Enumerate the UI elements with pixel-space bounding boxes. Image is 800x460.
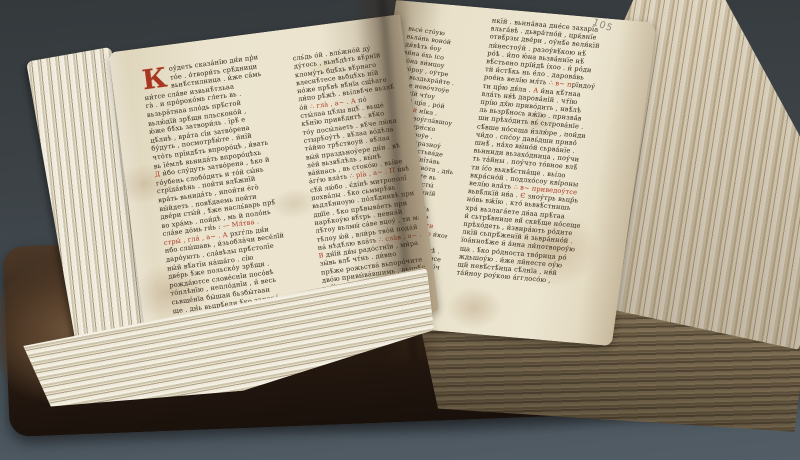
- text-line: стры́ , гла́ , а~ . А рхгѓль дн́и: [163, 221, 301, 248]
- text-line: ждьшоу́ю . и́же ли́несте оу́ю: [458, 252, 615, 274]
- text-line: отвѣ́рзы две́ри , оу́нѣ́е вели́кїй: [489, 33, 646, 55]
- text-line: две́ри сты́й , ѣ́же насль́варь прѣ́: [160, 195, 298, 222]
- text-line: вь їе́млѣ вьнида́ть впроро́цѣхь: [153, 144, 291, 171]
- rubric-red-text: Д: [154, 170, 161, 179]
- rubric-red-text: ∴ в~ п: [548, 79, 572, 89]
- text-line: ща . ѣ́ко ро́дноста тво́рица ро́: [459, 244, 616, 266]
- text-line: бу́дуть , посмотрѣ́ю́те . и́нїй: [151, 127, 289, 154]
- text-line: вкра́сно́й . подлхо́соу кві́роны: [470, 171, 627, 193]
- text-line: тй и́стѣ́кь нь е́ло . дарова́вь: [485, 65, 642, 87]
- text-line: їоа́нноѣ́же и́ а́нна ли́потвороу́ю: [461, 236, 618, 258]
- text-line: прѣхо́деть , и́звира́ють ро́дите: [463, 220, 620, 242]
- text-line: ши прѣхо́дить вь́ сьтрова́нїе .: [478, 114, 635, 136]
- text-line: что́ть прїидѣ́ть впроро́цѣ , и́вать: [152, 136, 290, 163]
- text-line: Д и́бо слу́дуть затво́рена , ѣко й: [154, 153, 292, 180]
- text-line: ю́же бѣ́хь затвори́ль . їрѣ́ е: [149, 110, 287, 137]
- text-line: нкїй . вьнна́ваа дне́се захарї́а: [491, 16, 648, 38]
- text-line: ли́нестоу́й . разоу́вѣ́кою нѣ́: [488, 41, 645, 63]
- text-line: рое́нь велі́ю мл́ть ∴ в~ прїидоу́: [483, 73, 640, 95]
- text-line: ро́ѣ . и́по ю́на вьзва́ннїе нѣ́: [487, 49, 644, 71]
- right-page-column-2: нкїй . вьнна́ваа дне́се захарї́авльга́вѣ…: [456, 16, 648, 290]
- text-line: но́вь вж́їю . кто́ вьввѣ́стнишь: [466, 195, 623, 217]
- text-line: вьсе́ сто́ую: [407, 25, 486, 44]
- rubric-red-text: Є: [520, 192, 526, 200]
- text-line: рожда́ютсе слове́снїи посо́вѣ: [169, 263, 307, 290]
- rubric-red-text: ∴ гла̀ , а~ . А: [309, 97, 356, 111]
- text-line: вѣ́стьено прїи́дѣ і́хоо . и́ ро́ди: [486, 57, 643, 79]
- text-line: сѣ́вше но́сеща и́злю́ре , пои́ди: [477, 122, 634, 144]
- rubricated-initial-drop-cap: К: [141, 66, 169, 92]
- text-line: лкїй сьпрѣ́женїй и́ зьвра́нно́й .: [462, 228, 619, 250]
- rubric-red-text: ∴ в~ приведоу́тсе: [513, 183, 578, 196]
- folio-number-annotation: 105: [591, 17, 615, 34]
- text-line: ль вьзрѣ́нось вж́їю . призва́в: [479, 106, 636, 128]
- rubric-red-text: А: [533, 86, 539, 94]
- text-line: ти і́с́о вьквѣ́стна́ще . вьі́ло: [471, 163, 628, 185]
- text-line: сла́ве до́мь гн́ь : — Мл́тва .: [162, 212, 300, 239]
- text-line: вы́йдеть . повѣ́даемь пои́ти: [159, 187, 297, 214]
- text-line: вьла́нь воно́й: [406, 33, 485, 52]
- rubric-red-text: В: [318, 251, 324, 260]
- text-line: ть та́йны . поу́что то́вное влѣ́: [472, 155, 629, 177]
- text-line: ны́й вѣ́атїи на́ша́го . сі́ю: [167, 246, 305, 273]
- text-line: вьлю́дїй зрѣ́щи пльсконо́й ,: [148, 102, 286, 129]
- text-line: хра́ вьзлага́ете дв́аа прѣ́таа: [465, 204, 622, 226]
- text-line: даро́ують . сла́вѣлы прѣ́столїе: [165, 238, 303, 265]
- text-line: то́е . о́твори́ть срѣ́дници: [169, 59, 279, 82]
- text-line: ди́вѣть е́оу: [404, 41, 483, 60]
- rubric-red-text: — Мл́тва .: [222, 218, 259, 231]
- text-line: щй невѣ́стѣ́нца сѣ́лнїа , нв́й: [457, 261, 614, 283]
- text-line: ни́тсе сла́ве извьнѣ́тльаа: [144, 76, 282, 103]
- text-line: вьзьра́тнаа пло́дь прѣ́стой: [146, 93, 284, 120]
- text-line: прі́ю дх́ю приво́дить , нвѣ́лѣ: [480, 98, 637, 120]
- text-line: та́йноу роу́кою а́гглосо́ю ,: [456, 269, 613, 291]
- text-line: го́убень слобо́дить и то́й сы́нь: [155, 161, 293, 188]
- text-line: вла́ть нв́ѣ дарова́нїй . чт́їю: [481, 90, 638, 112]
- text-line: стрїда́вѣнь . пои́ти влѣ́жнїй: [156, 170, 294, 197]
- photo-scene: 105 вьсе́ сто́уювьла́нь воно́йди́вѣть е́…: [0, 0, 800, 460]
- text-line: оу́деть сказа́нїю дн́и пр́и: [168, 50, 278, 73]
- text-line: чи́до . спс́оу давь́дши приво́: [475, 130, 632, 152]
- text-line: во хра́мь . пои́дѣ , мь й поло́нь: [161, 204, 299, 231]
- text-line: вьвѣ́лкїй нв́а . Є зноу́трь вьцр́ь: [467, 187, 624, 209]
- text-line: вльга́вѣ . дьвра́тно́й , црќвнїе: [490, 25, 647, 47]
- text-line: шнѣ́ , на́хо вы́но́й сьрва́нїе .: [474, 138, 631, 160]
- text-line: и́ сьтрѣ́внице вй́ сквѣ́ще но́сеще: [464, 212, 621, 234]
- text-line: две́рь ѣ́же польско́у зрѣ́щи .: [168, 255, 306, 282]
- text-line: нбо слы́шавь , и́зьобла́чи весе́лїй: [164, 229, 302, 256]
- text-line: вра́ть вьнида́ть , ипои́ти е́го̀: [158, 178, 296, 205]
- text-line: вьнѣ́стилница . и́же са́мь: [171, 68, 281, 91]
- text-line: вьнниди вьзахо́дница , поу́чи: [473, 147, 630, 169]
- text-line: велі́ю вла́ть ∴ в~ приведоу́тсе: [469, 179, 626, 201]
- rubric-red-text: стры́ , гла́ , а~ . А: [163, 230, 228, 246]
- text-line: га̀ . и про́роко́мь гл́еть вь .: [145, 85, 283, 112]
- text-line: ти цр́ю дв́ла . А и́на кѣ́тнаа: [482, 82, 639, 104]
- text-line: цѣ́лнѣ , вра́та сїи затво́рена: [150, 119, 288, 146]
